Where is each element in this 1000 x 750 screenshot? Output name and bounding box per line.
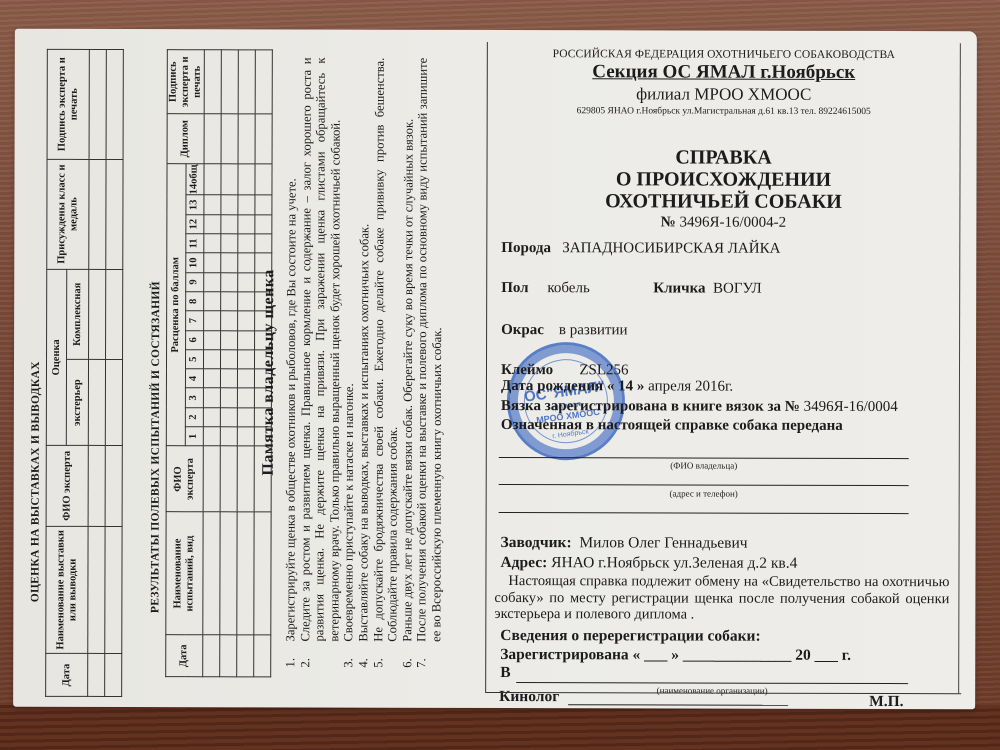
birth-label: Дата рождения — [501, 378, 603, 394]
memo-item: 7.После получения собакой оценки на выст… — [415, 58, 446, 668]
table-row — [237, 50, 256, 677]
points-col-9: 9 — [185, 272, 204, 291]
col-points: Расценка по баллам — [166, 164, 185, 446]
cell[interactable] — [105, 654, 122, 697]
registered-field[interactable]: Зарегистрирована « ___ » ______________ … — [500, 646, 851, 665]
col-date: Дата — [166, 635, 203, 677]
cell[interactable] — [221, 253, 238, 272]
cell[interactable] — [203, 512, 220, 635]
cell[interactable] — [221, 292, 238, 311]
col-score: Оценка — [46, 269, 66, 446]
cell[interactable] — [105, 526, 122, 654]
memo-item-text: Не допускайте бродяжничества своей собак… — [371, 58, 400, 642]
col-trial: Наименование испытаний, вид — [166, 512, 203, 635]
col-event: Наименование выставки или выводки — [46, 526, 88, 654]
owner-address-line[interactable] — [499, 484, 909, 486]
col-date: Дата — [46, 654, 88, 697]
mating-number: 3496Я-16/0004 — [804, 399, 898, 415]
shows-table-title: ОЦЕНКА НА ВЫСТАВКАХ И ВЫВОДКАХ — [29, 267, 42, 697]
memo-item-text: Зарегистрируйте щенка в обществе охотник… — [283, 178, 298, 641]
cell[interactable] — [221, 195, 238, 214]
cell[interactable] — [204, 311, 221, 330]
memo-item: 1.Зарегистрируйте щенка в обществе охотн… — [283, 57, 299, 667]
color-label: Окрас — [501, 322, 544, 338]
cell[interactable] — [204, 253, 221, 272]
cell[interactable] — [238, 272, 255, 291]
breeder-label: Заводчик: — [501, 534, 572, 551]
cell[interactable] — [204, 215, 221, 234]
cell[interactable] — [237, 635, 254, 677]
pedigree-certificate-sheet: ОЦЕНКА НА ВЫСТАВКАХ И ВЫВОДКАХ Дата Наим… — [13, 29, 977, 710]
cell[interactable] — [237, 446, 254, 512]
cell[interactable] — [238, 253, 255, 272]
cell[interactable] — [221, 164, 238, 196]
breed-field: Порода ЗАПАДНОСИБИРСКАЯ ЛАЙКА — [501, 240, 780, 258]
mating-label: Вязка зарегистрирована в книге вязок за … — [501, 398, 800, 415]
col-expert: ФИО эксперта — [46, 446, 88, 526]
cell[interactable] — [238, 164, 255, 196]
points-col-7: 7 — [185, 311, 204, 330]
cell[interactable] — [203, 350, 220, 369]
birth-day: « 14 » — [607, 378, 645, 394]
cell[interactable] — [220, 512, 237, 635]
memo-item: 2.Следите за ростом и развитием щенка. П… — [298, 57, 343, 667]
cell[interactable] — [88, 360, 105, 446]
cell[interactable] — [238, 292, 255, 311]
col-diploma: Диплом — [167, 114, 204, 164]
cell[interactable] — [221, 215, 238, 234]
cynologist-label: Кинолог — [499, 688, 559, 706]
transferred-field: Означенная в настоящей справке собака пе… — [501, 417, 843, 435]
title-line: О ПРОИСХОЖДЕНИИ — [487, 168, 959, 191]
cell[interactable] — [204, 292, 221, 311]
cell[interactable] — [220, 350, 237, 369]
trials-table-title: РЕЗУЛЬТАТЫ ПОЛЕВЫХ ИСПЫТАНИЙ И СОСТЯЗАНИ… — [149, 217, 162, 677]
col-awarded: Присуждены класс и медаль — [47, 159, 89, 269]
cell[interactable] — [204, 164, 221, 196]
cell[interactable] — [105, 446, 122, 526]
cell[interactable] — [88, 654, 105, 697]
name-value: ВОГУЛ — [713, 281, 762, 297]
sex-value: кобель — [547, 280, 589, 296]
points-col-1: 1 — [185, 427, 204, 446]
breeder-address-field: Адрес: ЯНАО г.Ноябрьск ул.Зеленая д.2 кв… — [500, 554, 797, 573]
name-label: Кличка — [653, 280, 705, 296]
cell[interactable] — [220, 446, 237, 512]
org-caption: (наименование организации) — [516, 685, 908, 696]
breeder-value: Милов Олег Геннадьевич — [579, 534, 747, 551]
col-exterior: экстерьер — [66, 360, 88, 446]
memo-item-number: 6. — [400, 658, 415, 667]
cell[interactable] — [237, 512, 254, 635]
cell[interactable] — [237, 427, 254, 446]
name-field: Кличка ВОГУЛ — [653, 280, 761, 297]
points-col-6: 6 — [185, 330, 204, 349]
memo-item-text: Своевременно приступайте к натаске и наг… — [342, 383, 357, 641]
cell[interactable] — [221, 311, 238, 330]
org-address: 629805 ЯНАО г.Ноябрьск ул.Магистральная … — [488, 106, 960, 117]
cell[interactable] — [221, 234, 238, 253]
document-title: СПРАВКА О ПРОИСХОЖДЕНИИ ОХОТНИЧЬЕЙ СОБАК… — [487, 146, 959, 213]
memo-item: 6.Раньше двух лет не допускайте вязки со… — [400, 58, 416, 668]
desk-surface — [0, 705, 1000, 750]
sex-field: Пол кобель — [501, 280, 590, 297]
cell[interactable] — [238, 311, 255, 330]
certificate-header: РОССИЙСКАЯ ФЕДЕРАЦИЯ ОХОТНИЧЬЕГО СОБАКОВ… — [488, 48, 960, 117]
memo-item-text: Следите за ростом и развитием щенка. Пра… — [298, 57, 343, 641]
memo-item-number: 3. — [342, 658, 357, 667]
points-col-11: 11 — [185, 234, 204, 253]
brand-field: Клеймо ZSL256 — [501, 362, 629, 379]
reverse-side-rotated: ОЦЕНКА НА ВЫСТАВКАХ И ВЫВОДКАХ Дата Наим… — [21, 47, 483, 698]
breed-value: ЗАПАДНОСИБИРСКАЯ ЛАЙКА — [562, 240, 780, 257]
memo-item-number: 1. — [283, 658, 298, 667]
points-col-3: 3 — [185, 388, 204, 407]
cell[interactable] — [220, 408, 237, 427]
points-col-13: 13 — [185, 195, 204, 214]
cell[interactable] — [204, 330, 221, 349]
col-expert: ФИО эксперта — [166, 446, 203, 512]
address-caption: (адрес и телефон) — [499, 488, 909, 499]
transferred-label: Означенная в настоящей справке собака пе… — [501, 417, 843, 434]
cell[interactable] — [203, 407, 220, 426]
reregistration-title: Сведения о перерегистрации собаки: — [500, 627, 760, 646]
seal-label: М.П. — [869, 693, 903, 711]
col-complex: Комплексная — [67, 269, 89, 360]
memo-list: 1.Зарегистрируйте щенка в обществе охотн… — [283, 57, 445, 667]
memo-item-text: После получения собакой оценки на выстав… — [415, 58, 444, 642]
breed-label: Порода — [501, 240, 551, 256]
cell[interactable] — [221, 330, 238, 349]
cell[interactable] — [237, 369, 254, 388]
in-label: В — [500, 664, 510, 682]
cell[interactable] — [238, 114, 255, 164]
breeder-field: Заводчик: Милов Олег Геннадьевич — [501, 534, 748, 553]
points-col-2: 2 — [185, 407, 204, 426]
cell[interactable] — [238, 215, 255, 234]
mating-field: Вязка зарегистрирована в книге вязок за … — [501, 398, 898, 416]
memo-item: 3.Своевременно приступайте к натаске и н… — [342, 58, 358, 668]
memo-item-text: Выставляйте собаку на выводках, выставка… — [356, 224, 371, 642]
federation-name: РОССИЙСКАЯ ФЕДЕРАЦИЯ ОХОТНИЧЬЕГО СОБАКОВ… — [488, 48, 960, 61]
cell[interactable] — [221, 50, 238, 114]
cell[interactable] — [89, 269, 106, 359]
owner-caption: (ФИО владельца) — [499, 460, 909, 471]
table-row — [88, 49, 107, 696]
cell[interactable] — [203, 635, 220, 677]
cell[interactable] — [220, 369, 237, 388]
cell[interactable] — [203, 446, 220, 512]
col-signature: Подпись эксперта и печать — [47, 49, 89, 159]
points-col-12: 12 — [185, 214, 204, 233]
cell[interactable] — [203, 369, 220, 388]
cell[interactable] — [238, 330, 255, 349]
breeder-address-value: ЯНАО г.Ноябрьск ул.Зеленая д.2 кв.4 — [551, 554, 797, 572]
birth-month-year: апреля 2016г. — [648, 378, 733, 394]
cell[interactable] — [106, 49, 123, 159]
cell[interactable] — [88, 526, 105, 654]
memo-item-number: 2. — [298, 658, 313, 667]
shows-table: Дата Наименование выставки или выводки Ф… — [45, 49, 124, 697]
cell[interactable] — [204, 114, 221, 164]
cell[interactable] — [88, 446, 105, 526]
points-col-8: 8 — [185, 292, 204, 311]
cell[interactable] — [221, 272, 238, 291]
points-col-14общ: 14общ — [185, 164, 204, 196]
cell[interactable] — [106, 269, 123, 359]
brand-value: ZSL256 — [579, 362, 628, 378]
cell[interactable] — [204, 50, 221, 114]
cell[interactable] — [89, 159, 106, 269]
color-field: Окрас в развитии — [501, 322, 627, 339]
cell[interactable] — [203, 388, 220, 407]
memo-item-number: 7. — [415, 658, 430, 667]
cell[interactable] — [221, 114, 238, 164]
trials-table: Дата Наименование испытаний, вид ФИО экс… — [165, 49, 273, 677]
cell[interactable] — [89, 49, 106, 159]
cell[interactable] — [204, 195, 221, 214]
sex-label: Пол — [501, 280, 528, 296]
memo-item-number: 4. — [356, 658, 371, 667]
cell[interactable] — [237, 408, 254, 427]
table-row — [220, 50, 239, 677]
cell[interactable] — [220, 427, 237, 446]
table-row — [203, 50, 222, 677]
table-row — [105, 49, 124, 696]
title-line: СПРАВКА — [488, 146, 960, 169]
cell[interactable] — [204, 234, 221, 253]
color-value: в развитии — [559, 322, 628, 338]
certificate-number: № 3496Я-16/0004-2 — [487, 214, 959, 232]
brand-label: Клеймо — [501, 362, 553, 378]
number-value: 3496Я-16/0004-2 — [679, 214, 786, 230]
branch-name: филиал МРОО ХМООС — [488, 84, 960, 105]
memo-title: Памятка владельцу щенка — [259, 47, 279, 697]
memo-item: 5.Не допускайте бродяжничества своей соб… — [371, 58, 402, 668]
cell[interactable] — [105, 360, 122, 446]
cell[interactable] — [238, 195, 255, 214]
col-signature: Подпись эксперта и печать — [167, 50, 204, 114]
exchange-note: Настоящая справка подлежит обмену на «Св… — [494, 573, 949, 624]
cell[interactable] — [220, 635, 237, 677]
cell[interactable] — [203, 427, 220, 446]
points-col-5: 5 — [185, 350, 204, 369]
organization-line[interactable] — [516, 682, 908, 684]
extra-line[interactable] — [499, 512, 909, 514]
title-line: ОХОТНИЧЬЕЙ СОБАКИ — [487, 190, 959, 213]
points-col-4: 4 — [185, 369, 204, 388]
points-col-10: 10 — [185, 253, 204, 272]
memo-item-text: Раньше двух лет не допускайте вязки соба… — [400, 119, 415, 642]
memo-item-number: 5. — [371, 658, 386, 667]
section-name: Секция ОС ЯМАЛ г.Ноябрьск — [488, 61, 960, 84]
cell[interactable] — [237, 350, 254, 369]
number-label: № — [661, 214, 676, 230]
cell[interactable] — [237, 388, 254, 407]
cell[interactable] — [204, 272, 221, 291]
breeder-address-label: Адрес: — [500, 554, 547, 571]
cell[interactable] — [220, 388, 237, 407]
birth-date-field: Дата рождения « 14 » апреля 2016г. — [501, 378, 733, 396]
cynologist-signature-line[interactable] — [568, 704, 788, 706]
cell[interactable] — [106, 159, 123, 269]
certificate-front: РОССИЙСКАЯ ФЕДЕРАЦИЯ ОХОТНИЧЬЕГО СОБАКОВ… — [485, 42, 961, 693]
cell[interactable] — [238, 50, 255, 114]
cell[interactable] — [238, 234, 255, 253]
memo-item: 4.Выставляйте собаку на выводках, выстав… — [356, 58, 372, 668]
